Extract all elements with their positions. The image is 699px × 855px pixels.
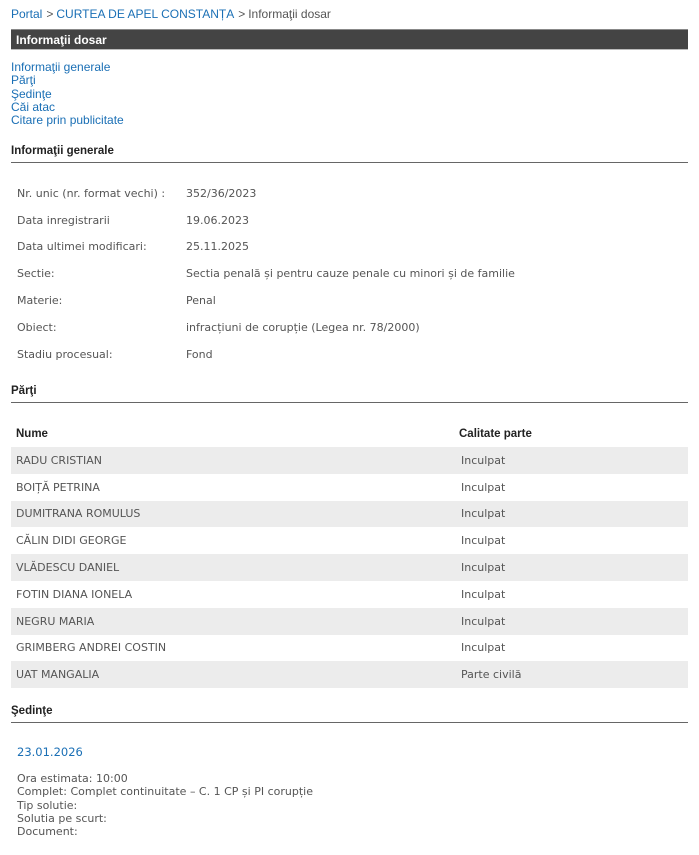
table-row: DUMITRANA ROMULUSInculpat bbox=[11, 501, 688, 528]
sedinta-tip-solutie: Tip solutie: bbox=[17, 799, 313, 812]
info-row-nr-unic: Nr. unic (nr. format vechi) :352/36/2023 bbox=[17, 180, 515, 207]
party-name: NEGRU MARIA bbox=[11, 615, 455, 628]
sedinta-date-link[interactable]: 23.01.2026 bbox=[17, 745, 313, 759]
info-row-stadiu-procesual: Stadiu procesual:Fond bbox=[17, 341, 515, 368]
section-title-sedinte: Şedinţe bbox=[11, 705, 688, 723]
table-row: UAT MANGALIAParte civilă bbox=[11, 661, 688, 688]
breadcrumb-portal[interactable]: Portal bbox=[11, 7, 42, 21]
breadcrumb-separator: > bbox=[46, 7, 53, 21]
party-role: Inculpat bbox=[455, 534, 505, 547]
info-label: Stadiu procesual: bbox=[17, 348, 186, 361]
info-row-materie: Materie:Penal bbox=[17, 287, 515, 314]
parti-table: Nume Calitate parte RADU CRISTIANInculpa… bbox=[11, 420, 688, 688]
table-row: GRIMBERG ANDREI COSTINInculpat bbox=[11, 635, 688, 662]
general-info: Nr. unic (nr. format vechi) :352/36/2023… bbox=[17, 180, 515, 368]
table-header: Nume Calitate parte bbox=[11, 420, 688, 447]
info-value: infracțiuni de corupție (Legea nr. 78/20… bbox=[186, 321, 420, 334]
info-value: Fond bbox=[186, 348, 213, 361]
party-role: Inculpat bbox=[455, 588, 505, 601]
table-row: NEGRU MARIAInculpat bbox=[11, 608, 688, 635]
table-row: BOIȚĂ PETRINAInculpat bbox=[11, 474, 688, 501]
sedinta-item: 23.01.2026 Ora estimata: 10:00 Complet: … bbox=[17, 745, 313, 838]
sedinta-ora-estimata: Ora estimata: 10:00 bbox=[17, 772, 313, 785]
info-label: Obiect: bbox=[17, 321, 186, 334]
info-row-obiect: Obiect:infracțiuni de corupție (Legea nr… bbox=[17, 314, 515, 341]
toc-link-informatii-generale[interactable]: Informaţii generale bbox=[11, 61, 124, 74]
breadcrumb-court[interactable]: CURTEA DE APEL CONSTANȚA bbox=[56, 7, 234, 21]
toc-link-sedinte[interactable]: Şedinţe bbox=[11, 88, 124, 101]
table-body: RADU CRISTIANInculpat BOIȚĂ PETRINAIncul… bbox=[11, 447, 688, 688]
info-label: Sectie: bbox=[17, 267, 186, 280]
breadcrumb-current: Informaţii dosar bbox=[248, 7, 331, 21]
info-row-sectie: Sectie:Sectia penală și pentru cauze pen… bbox=[17, 260, 515, 287]
info-row-data-inregistrarii: Data inregistrarii19.06.2023 bbox=[17, 207, 515, 234]
column-header-nume: Nume bbox=[11, 428, 455, 440]
page-title: Informaţii dosar bbox=[11, 29, 688, 50]
info-value: 19.06.2023 bbox=[186, 214, 249, 227]
info-label: Nr. unic (nr. format vechi) : bbox=[17, 187, 186, 200]
toc-link-citare-prin-publicitate[interactable]: Citare prin publicitate bbox=[11, 114, 124, 127]
party-name: DUMITRANA ROMULUS bbox=[11, 507, 455, 520]
info-row-data-ultimei-modificari: Data ultimei modificari:25.11.2025 bbox=[17, 234, 515, 261]
party-role: Inculpat bbox=[455, 561, 505, 574]
info-label: Data ultimei modificari: bbox=[17, 240, 186, 253]
info-label: Data inregistrarii bbox=[17, 214, 186, 227]
party-role: Inculpat bbox=[455, 615, 505, 628]
info-value: Penal bbox=[186, 294, 216, 307]
party-name: GRIMBERG ANDREI COSTIN bbox=[11, 641, 455, 654]
toc-link-cai-atac[interactable]: Căi atac bbox=[11, 101, 124, 114]
sedinta-solutia-pe-scurt: Solutia pe scurt: bbox=[17, 812, 313, 825]
party-name: FOTIN DIANA IONELA bbox=[11, 588, 455, 601]
info-label: Materie: bbox=[17, 294, 186, 307]
sedinta-document: Document: bbox=[17, 825, 313, 838]
breadcrumb: Portal>CURTEA DE APEL CONSTANȚA>Informaţ… bbox=[11, 7, 331, 21]
party-name: VLĂDESCU DANIEL bbox=[11, 561, 455, 574]
info-value: 352/36/2023 bbox=[186, 187, 256, 200]
party-name: RADU CRISTIAN bbox=[11, 454, 455, 467]
party-role: Inculpat bbox=[455, 507, 505, 520]
table-row: FOTIN DIANA IONELAInculpat bbox=[11, 581, 688, 608]
table-of-contents: Informaţii generale Părţi Şedinţe Căi at… bbox=[11, 61, 124, 127]
party-name: CĂLIN DIDI GEORGE bbox=[11, 534, 455, 547]
section-title-parti: Părţi bbox=[11, 385, 688, 403]
table-row: CĂLIN DIDI GEORGEInculpat bbox=[11, 527, 688, 554]
table-row: RADU CRISTIANInculpat bbox=[11, 447, 688, 474]
breadcrumb-separator: > bbox=[238, 7, 245, 21]
table-row: VLĂDESCU DANIELInculpat bbox=[11, 554, 688, 581]
info-value: 25.11.2025 bbox=[186, 240, 249, 253]
party-role: Inculpat bbox=[455, 641, 505, 654]
party-name: BOIȚĂ PETRINA bbox=[11, 481, 455, 494]
party-role: Inculpat bbox=[455, 454, 505, 467]
party-role: Inculpat bbox=[455, 481, 505, 494]
party-name: UAT MANGALIA bbox=[11, 668, 455, 681]
section-title-informatii-generale: Informaţii generale bbox=[11, 145, 688, 163]
sedinta-complet: Complet: Complet continuitate – C. 1 CP … bbox=[17, 785, 313, 798]
info-value: Sectia penală și pentru cauze penale cu … bbox=[186, 267, 515, 280]
party-role: Parte civilă bbox=[455, 668, 521, 681]
column-header-calitate-parte: Calitate parte bbox=[455, 428, 532, 440]
toc-link-parti[interactable]: Părţi bbox=[11, 74, 124, 87]
